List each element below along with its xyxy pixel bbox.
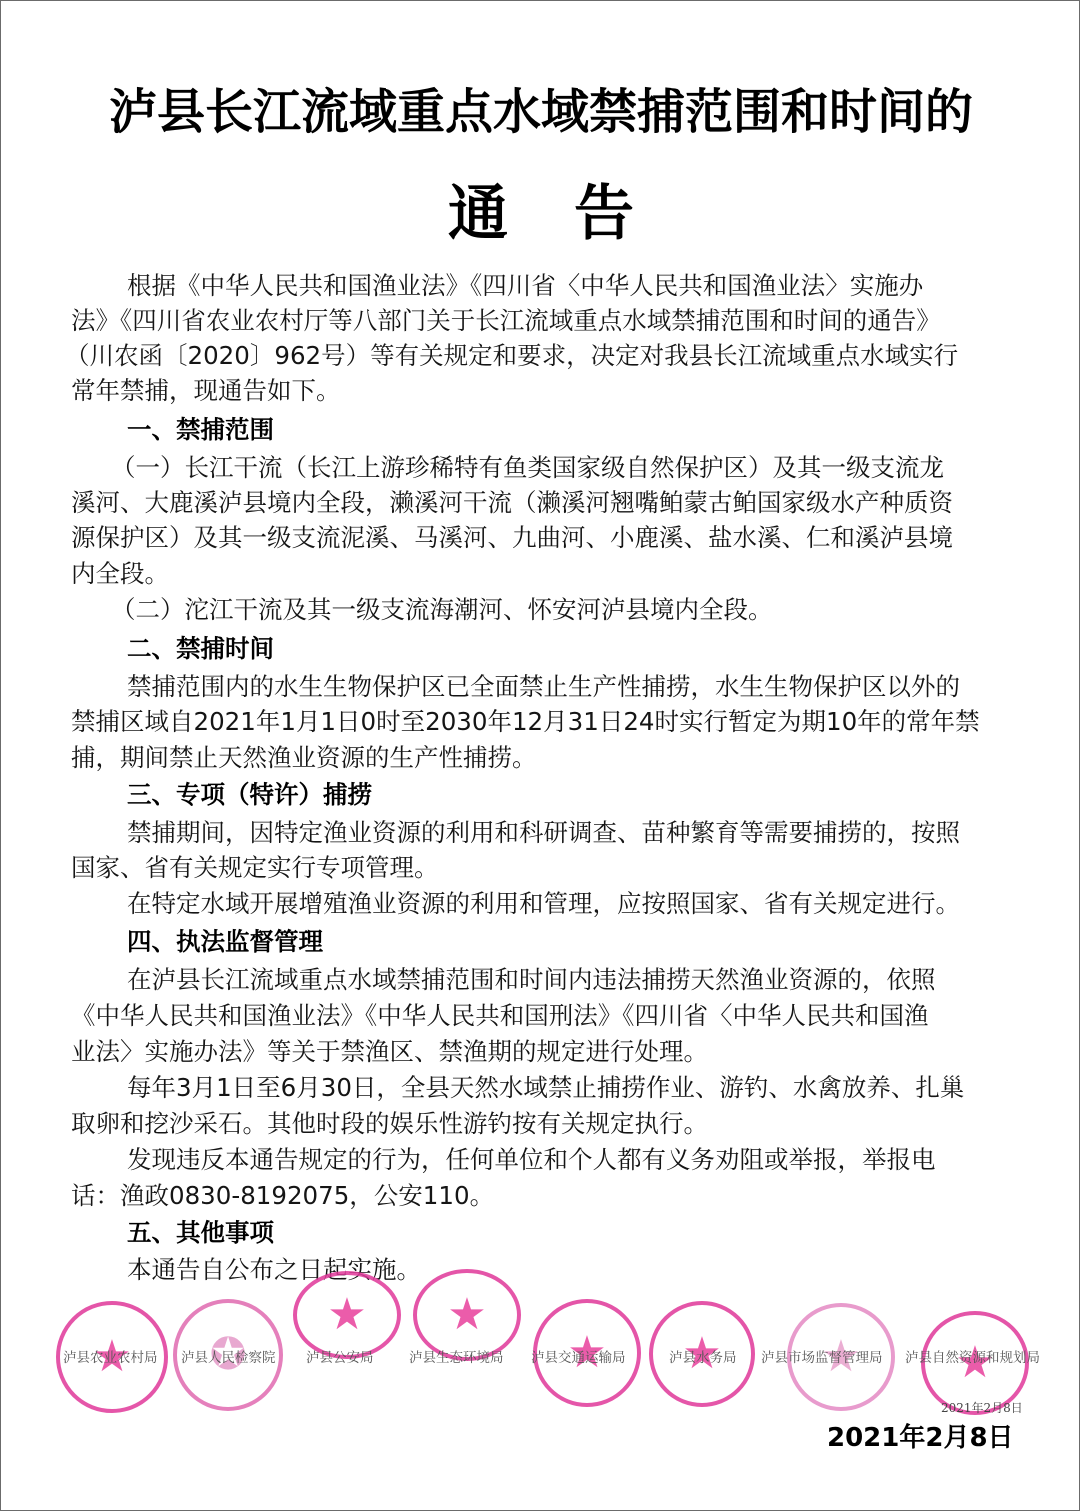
star-icon: ★ bbox=[447, 1293, 486, 1337]
section-line: 《中华人民共和国渔业法》《中华人民共和国刑法》《四川省〈中华人民共和国渔 bbox=[71, 999, 1015, 1033]
section-line: 发现违反本通告规定的行为，任何单位和个人都有义务劝阻或举报，举报电 bbox=[127, 1143, 1071, 1177]
issuer-name: 泸县农业农村局 bbox=[63, 1346, 158, 1366]
issuer-name: 泸县市场监督管理局 bbox=[761, 1346, 883, 1366]
issue-date: 2021年2月8日 bbox=[827, 1417, 1014, 1454]
issuer-name: 泸县人民检察院 bbox=[181, 1346, 276, 1366]
section-line: 源保护区）及其一级支流泥溪、马溪河、九曲河、小鹿溪、盐水溪、仁和溪泸县境 bbox=[71, 521, 1015, 555]
section-line: 每年3月1日至6月30日，全县天然水域禁止捕捞作业、游钓、水禽放养、扎巢 bbox=[127, 1071, 1071, 1105]
section-line: 禁捕范围内的水生生物保护区已全面禁止生产性捕捞，水生生物保护区以外的 bbox=[127, 670, 1071, 704]
notice-page: 泸县长江流域重点水域禁捕范围和时间的 通告 根据《中华人民共和国渔业法》《四川省… bbox=[0, 0, 1080, 1511]
intro-line: 法》《四川省农业农村厅等八部门关于长江流域重点水域禁捕范围和时间的通告》 bbox=[71, 304, 1015, 338]
subtitle-char-2: 告 bbox=[574, 179, 634, 249]
notice-subtitle: 通告 bbox=[1, 166, 1080, 252]
issuer-name: 泸县自然资源和规划局 bbox=[905, 1346, 1040, 1366]
issuer-name: 泸县水务局 bbox=[669, 1346, 737, 1366]
subtitle-char-1: 通 bbox=[448, 179, 508, 249]
section-line: 国家、省有关规定实行专项管理。 bbox=[71, 851, 1015, 885]
section-line: 业法〉实施办法》等关于禁渔区、禁渔期的规定进行处理。 bbox=[71, 1035, 1015, 1069]
notice-title: 泸县长江流域重点水域禁捕范围和时间的 bbox=[1, 73, 1080, 142]
section-line: 溪河、大鹿溪泸县境内全段，濑溪河干流（濑溪河翘嘴鲌蒙古鲌国家级水产种质资 bbox=[71, 486, 1015, 520]
section-line: （二）沱江干流及其一级支流海潮河、怀安河泸县境内全段。 bbox=[111, 593, 1055, 627]
section-line: （一）长江干流（长江上游珍稀特有鱼类国家级自然保护区）及其一级支流龙 bbox=[111, 451, 1055, 485]
section-heading-other: 五、其他事项 bbox=[127, 1216, 1071, 1250]
stamp-date: 2021年2月8日 bbox=[941, 1399, 1023, 1416]
issuer-name: 泸县公安局 bbox=[306, 1346, 374, 1366]
intro-line: 根据《中华人民共和国渔业法》《四川省〈中华人民共和国渔业法〉实施办 bbox=[127, 269, 1071, 303]
section-heading-enforcement: 四、执法监督管理 bbox=[127, 925, 1071, 959]
section-line: 取卵和挖沙采石。其他时段的娱乐性游钓按有关规定执行。 bbox=[71, 1107, 1015, 1141]
section-heading-special: 三、专项（特许）捕捞 bbox=[127, 778, 1071, 812]
section-heading-time: 二、禁捕时间 bbox=[127, 632, 1071, 666]
section-line: 禁捕期间，因特定渔业资源的利用和科研调查、苗种繁育等需要捕捞的，按照 bbox=[127, 816, 1071, 850]
issuer-name: 泸县交通运输局 bbox=[531, 1346, 626, 1366]
section-line: 内全段。 bbox=[71, 557, 1015, 591]
intro-line: 常年禁捕，现通告如下。 bbox=[71, 374, 1015, 408]
intro-line: （川农函〔2020〕962号）等有关规定和要求，决定对我县长江流域重点水域实行 bbox=[65, 339, 1009, 373]
section-line: 话：渔政0830-8192075，公安110。 bbox=[71, 1179, 1015, 1213]
issuer-name: 泸县生态环境局 bbox=[409, 1346, 504, 1366]
section-heading-scope: 一、禁捕范围 bbox=[127, 413, 1071, 447]
section-line: 捕，期间禁止天然渔业资源的生产性捕捞。 bbox=[71, 741, 1015, 775]
section-line: 在特定水域开展增殖渔业资源的利用和管理，应按照国家、省有关规定进行。 bbox=[127, 887, 1071, 921]
section-line: 禁捕区域自2021年1月1日0时至2030年12月31日24时实行暂定为期10年… bbox=[71, 705, 1015, 739]
star-icon: ★ bbox=[327, 1293, 366, 1337]
section-line: 在泸县长江流域重点水域禁捕范围和时间内违法捕捞天然渔业资源的，依照 bbox=[127, 963, 1071, 997]
issuer-list: 泸县农业农村局 泸县人民检察院 泸县公安局 泸县生态环境局 泸县交通运输局 泸县… bbox=[1, 1346, 1080, 1370]
